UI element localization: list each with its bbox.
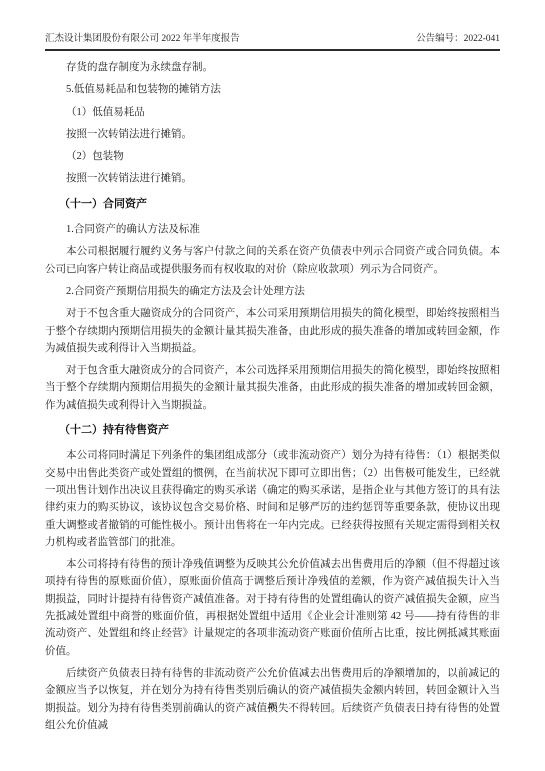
report-title: 汇杰设计集团股份有限公司 2022 年半年度报告	[45, 33, 240, 45]
document-footer: 46	[0, 702, 545, 712]
paragraph-amortization-title: 5.低值易耗品和包装物的摊销方法	[45, 81, 500, 98]
section-heading-held-for-sale: （十二）持有待售资产	[45, 422, 500, 439]
paragraph-hfs-body2: 本公司将持有待售的预计净残值调整为反映其公允价值减去出售费用后的净额（但不得超过…	[45, 556, 500, 660]
section-heading-contract-assets: （十一）合同资产	[45, 196, 500, 213]
paragraph-item2-method: 按照一次转销法进行摊销。	[45, 170, 500, 187]
paragraph-ca-sub2-title: 2.合同资产预期信用损失的确定方法及会计处理方法	[45, 283, 500, 300]
paragraph-ca-sub2-body2: 对于包含重大融资成分的合同资产，本公司选择采用预期信用损失的简化模型，即始终按照…	[45, 362, 500, 414]
document-page: 汇杰设计集团股份有限公司 2022 年半年度报告 公告编号：2022-041 存…	[0, 0, 545, 771]
announcement-number: 公告编号：2022-041	[416, 33, 500, 45]
paragraph-item1-title: （1）低值易耗品	[45, 104, 500, 121]
paragraph-item2-title: （2）包装物	[45, 148, 500, 165]
document-body: 存货的盘存制度为永续盘存制。 5.低值易耗品和包装物的摊销方法 （1）低值易耗品…	[45, 59, 500, 734]
document-header: 汇杰设计集团股份有限公司 2022 年半年度报告 公告编号：2022-041	[45, 33, 500, 45]
paragraph-ca-sub1-title: 1.合同资产的确认方法及标准	[45, 221, 500, 238]
paragraph-hfs-body1: 本公司将同时满足下列条件的集团组成部分（或非流动资产）划分为持有待售：（1）根据…	[45, 447, 500, 551]
paragraph-inventory-system: 存货的盘存制度为永续盘存制。	[45, 59, 500, 76]
paragraph-ca-sub1-body: 本公司根据履行履约义务与客户付款之间的关系在资产负债表中列示合同资产或合同负债。…	[45, 243, 500, 278]
paragraph-ca-sub2-body1: 对于不包含重大融资成分的合同资产，本公司采用预期信用损失的简化模型，即始终按照相…	[45, 305, 500, 357]
page-number: 46	[268, 702, 278, 712]
header-divider	[45, 49, 500, 51]
paragraph-hfs-body3: 后续资产负债表日持有待售的非流动资产公允价值减去出售费用后的净额增加的，以前减记…	[45, 665, 500, 734]
paragraph-item1-method: 按照一次转销法进行摊销。	[45, 126, 500, 143]
